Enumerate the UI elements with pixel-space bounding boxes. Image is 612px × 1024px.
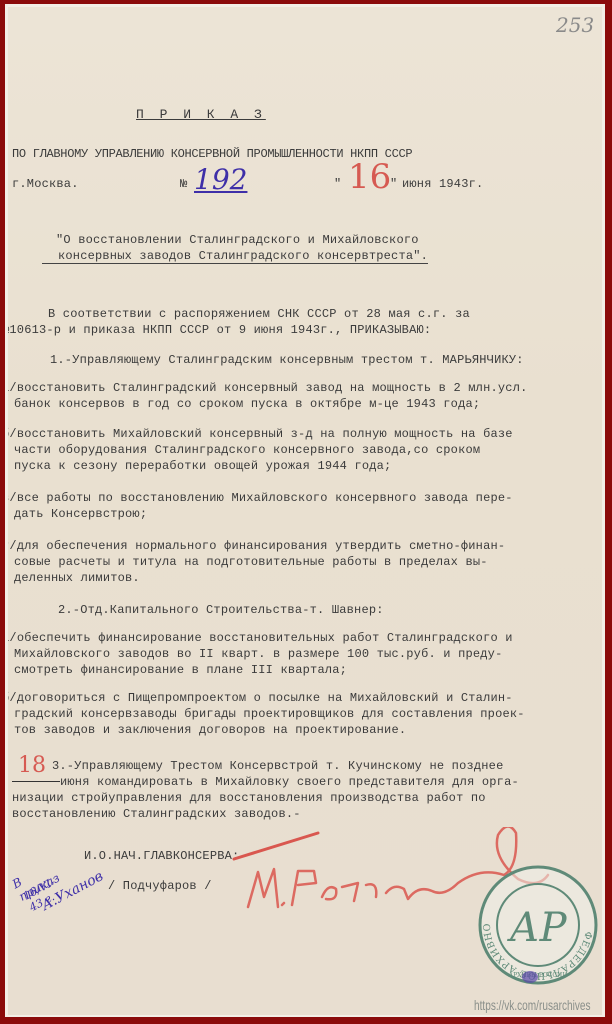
item-marker: в/ — [8, 491, 17, 505]
document-page: 253 П Р И К А З ПО ГЛАВНОМУ УПРАВЛЕНИЮ К… — [8, 7, 602, 1015]
signature-title: И.О.НАЧ.ГЛАВКОНСЕРВА: — [84, 849, 239, 863]
section-3-line: восстановлению Сталинградских заводов.- — [12, 807, 301, 821]
section-3-line: июня командировать в Михайловку своего п… — [60, 775, 519, 789]
item-marker: б/ — [8, 691, 17, 705]
item-line: договориться с Пищепромпроектом о посылк… — [17, 691, 513, 705]
date-quote-close: " — [390, 177, 397, 191]
item-line: деленных лимитов. — [14, 571, 140, 585]
svg-text:АР: АР — [506, 905, 567, 951]
item-line: дать Консервстрою; — [14, 507, 147, 521]
subject-line-1: "О восстановлении Сталинградского и Миха… — [56, 233, 419, 247]
item-line: части оборудования Сталинградского консе… — [14, 443, 480, 457]
archive-frame: 253 П Р И К А З ПО ГЛАВНОМУ УПРАВЛЕНИЮ К… — [0, 0, 612, 1024]
item-marker: г/ — [8, 539, 17, 553]
order-number: 192 — [194, 163, 247, 196]
day-underline — [12, 781, 60, 782]
date-quote-open: " — [334, 177, 341, 191]
source-watermark: https://vk.com/rusarchives — [474, 997, 591, 1013]
archive-stamp-icon: ФЕДЕРАЛЬНОЕ АРХИВНОЕ АГЕНТСТВО АР АРХИВЫ… — [478, 865, 598, 985]
item-line: для обеспечения нормального финансирован… — [17, 539, 505, 553]
item-line: банок консервов в год со сроком пуска в … — [14, 397, 480, 411]
section-3-line: низации стройуправления для восстановлен… — [12, 791, 486, 805]
handwritten-day-18: 18 — [18, 753, 46, 778]
item-line: смотреть финансирование в плане III квар… — [14, 663, 347, 677]
item-line: совые расчеты и титула на подготовительн… — [14, 555, 488, 569]
item-line: восстановить Сталинградский консервный з… — [17, 381, 528, 395]
section-1-heading: 1.-Управляющему Сталинградским консервны… — [50, 353, 524, 367]
item-line: все работы по восстановлению Михайловско… — [17, 491, 513, 505]
item-line: Михайловского заводов во II кварт. в раз… — [14, 647, 502, 661]
item-line: градский консервзаводы бригады проектиро… — [14, 707, 525, 721]
section-2-heading: 2.-Отд.Капитального Строительства-т. Шав… — [58, 603, 384, 617]
item-line: тов заводов и заключения договоров на пр… — [14, 723, 406, 737]
item-marker: а/ — [8, 631, 17, 645]
number-label: № — [180, 177, 187, 191]
subject-line-2: консервных заводов Сталинградского консе… — [42, 249, 428, 264]
item-line: восстановить Михайловский консервный з-д… — [17, 427, 513, 441]
svg-text:АРХИВЫ РОССИИ: АРХИВЫ РОССИИ — [509, 972, 568, 979]
item-marker: б/ — [8, 427, 17, 441]
preamble-line-2: №10613-р и приказа НКПП СССР от 9 июня 1… — [8, 323, 431, 337]
signatory-name: / Подчуфаров / — [108, 879, 212, 893]
item-line: пуска к сезону переработки овощей урожая… — [14, 459, 391, 473]
preamble-line-1: В соответствии с распоряжением СНК СССР … — [48, 307, 470, 321]
city: г.Москва. — [12, 177, 79, 191]
document-title: П Р И К А З — [136, 107, 266, 122]
item-marker: а/ — [8, 381, 17, 395]
section-3-line: 3.-Управляющему Трестом Консервстрой т. … — [52, 759, 503, 773]
item-line: обеспечить финансирование восстановитель… — [17, 631, 513, 645]
date-month-year: июня 1943г. — [402, 177, 483, 191]
page-number: 253 — [556, 13, 594, 37]
date-day: 16 — [348, 157, 391, 197]
